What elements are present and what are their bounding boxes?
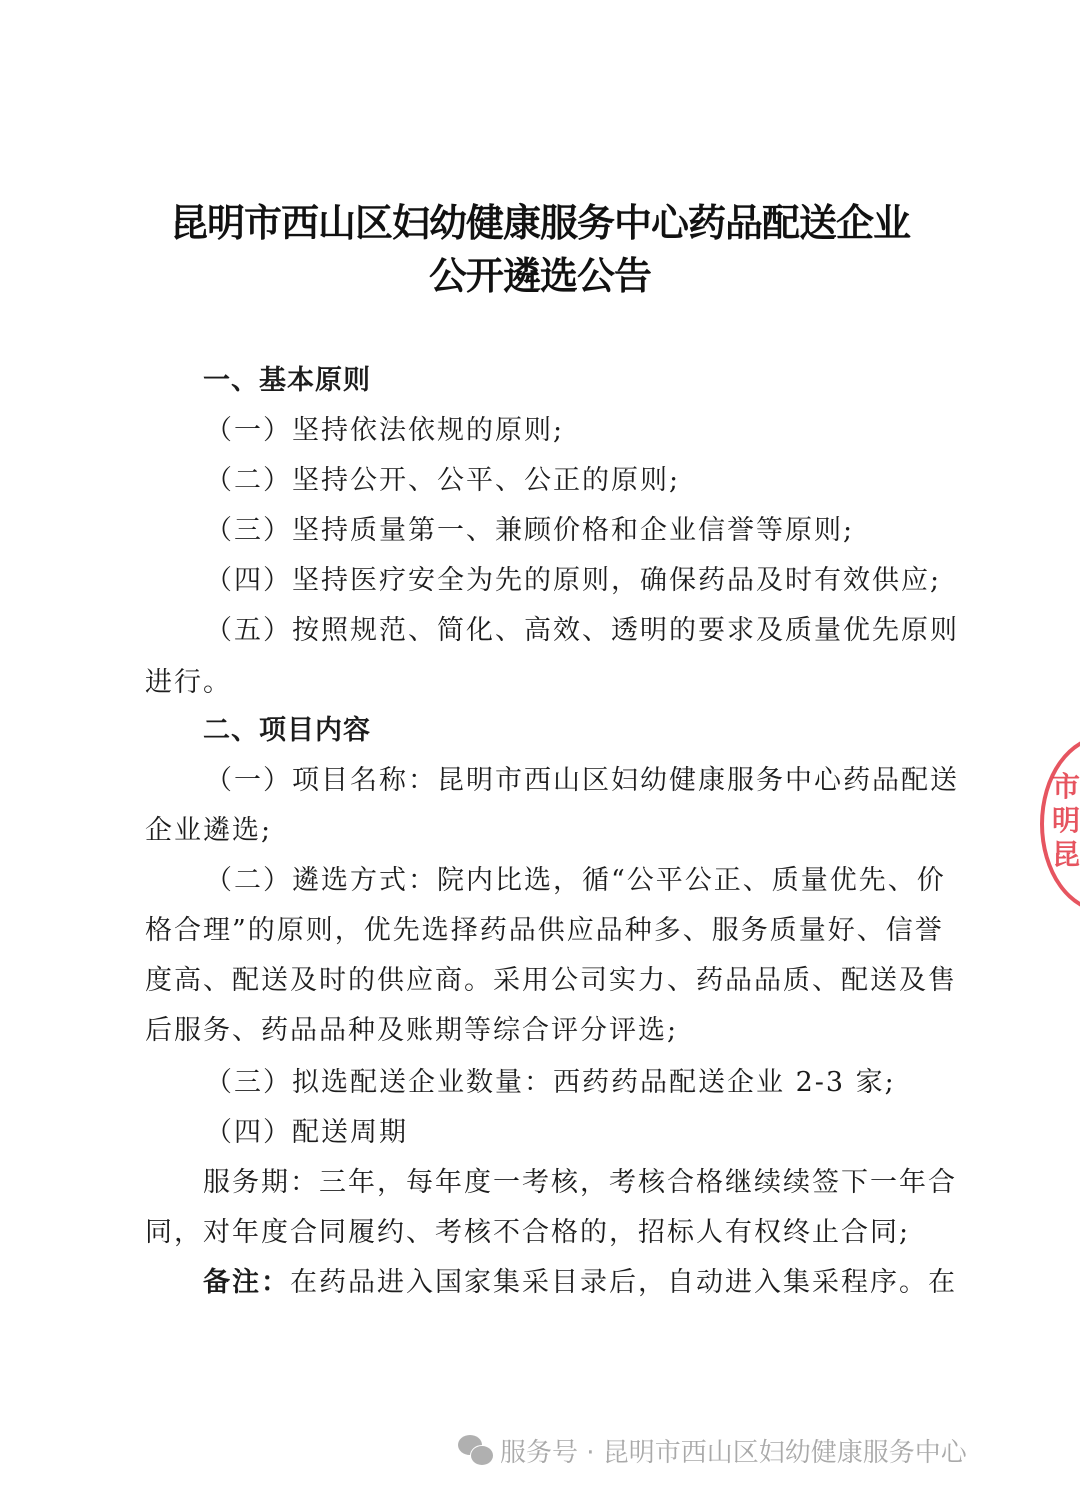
note-text: 在药品进入国家集采目录后，自动进入集采程序。在 — [290, 1267, 957, 1298]
selection-method-line-2: 格合理”的原则，优先选择药品供应品种多、服务质量好、信誉 — [145, 908, 944, 947]
principle-4: （四）坚持医疗安全为先的原则，确保药品及时有效供应; — [205, 558, 941, 597]
section-1-heading: 一、基本原则 — [203, 358, 371, 397]
principle-5-continued: 进行。 — [145, 660, 232, 699]
selection-method-line-4: 后服务、药品品种及账期等综合评分评选; — [145, 1008, 678, 1047]
principle-5: （五）按照规范、简化、高效、透明的要求及质量优先原则 — [205, 608, 959, 647]
principle-3: （三）坚持质量第一、兼顾价格和企业信誉等原则; — [205, 508, 854, 547]
enterprise-count: （三）拟选配送企业数量：西药药品配送企业 2-3 家; — [205, 1060, 896, 1099]
official-seal-text: 市明昆 — [1052, 770, 1080, 872]
note-line: 备注：在药品进入国家集采目录后，自动进入集采程序。在 — [203, 1260, 957, 1299]
footer-text: 服务号 · 昆明市西山区妇幼健康服务中心 — [500, 1432, 967, 1469]
section-2-heading: 二、项目内容 — [203, 708, 371, 747]
service-period-line-1: 服务期：三年，每年度一考核，考核合格继续续签下一年合 — [203, 1160, 957, 1199]
wechat-icon — [458, 1435, 494, 1467]
selection-method-line-1: （二）遴选方式：院内比选，循“公平公正、质量优先、价 — [205, 858, 946, 897]
principle-1: （一）坚持依法依规的原则; — [205, 408, 564, 447]
service-period-line-2: 同，对年度合同履约、考核不合格的，招标人有权终止合同; — [145, 1210, 910, 1249]
document-title-line-1: 昆明市西山区妇幼健康服务中心药品配送企业 — [0, 192, 1080, 247]
project-name-line-2: 企业遴选; — [145, 808, 272, 847]
principle-2: （二）坚持公开、公平、公正的原则; — [205, 458, 680, 497]
document-title-line-2: 公开遴选公告 — [0, 245, 1080, 300]
project-name-line-1: （一）项目名称：昆明市西山区妇幼健康服务中心药品配送 — [205, 758, 959, 797]
selection-method-line-3: 度高、配送及时的供应商。采用公司实力、药品品质、配送及售 — [145, 958, 957, 997]
note-label: 备注： — [203, 1267, 290, 1298]
footer-attribution[interactable]: 服务号 · 昆明市西山区妇幼健康服务中心 — [458, 1432, 967, 1469]
delivery-period-heading: （四）配送周期 — [205, 1110, 408, 1149]
